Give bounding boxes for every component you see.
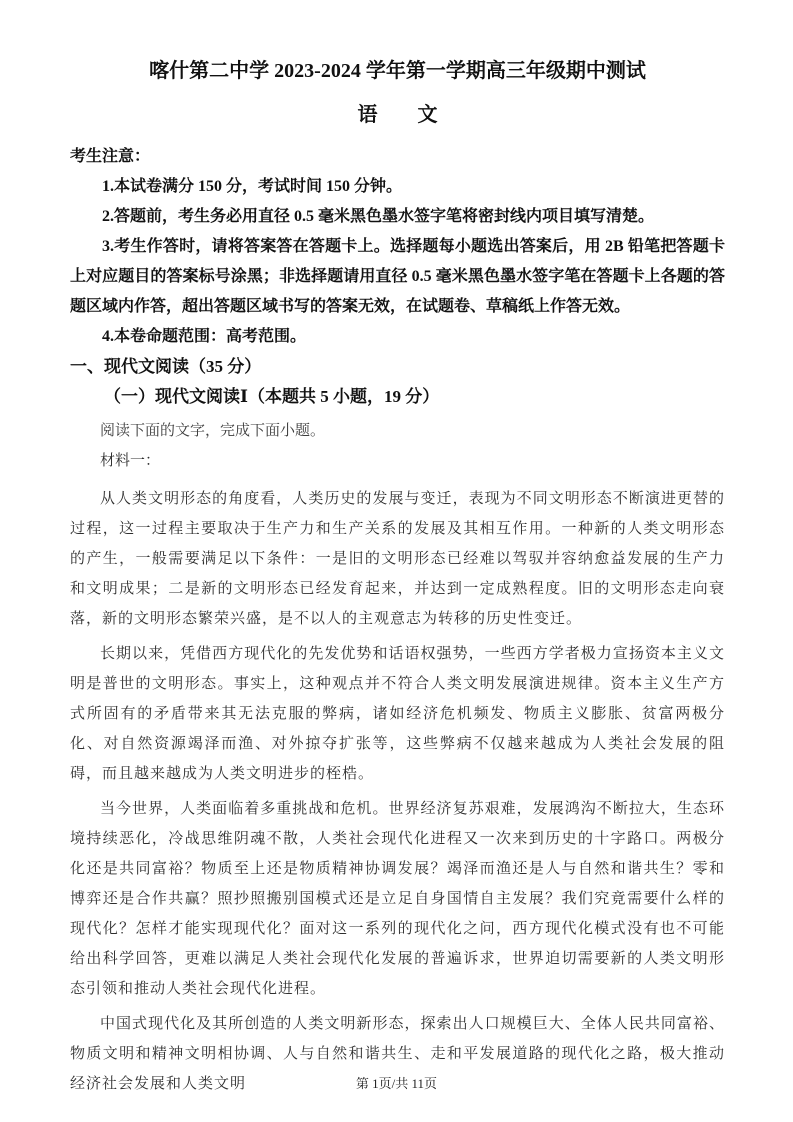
material-paragraph-2: 长期以来，凭借西方现代化的先发优势和话语权强势，一些西方学者极力宣扬资本主义文明…: [70, 639, 725, 789]
material-paragraph-1: 从人类文明形态的角度看，人类历史的发展与变迁，表现为不同文明形态不断演进更替的过…: [70, 484, 725, 634]
material-label: 材料一：: [70, 446, 725, 476]
reading-instruction: 阅读下面的文字，完成下面小题。: [70, 416, 725, 446]
notice-item-2: 2.答题前，考生务必用直径 0.5 毫米黑色墨水签字笔将密封线内项目填写清楚。: [70, 202, 725, 232]
notice-item-3: 3.考生作答时，请将答案答在答题卡上。选择题每小题选出答案后，用 2B 铅笔把答…: [70, 232, 725, 322]
page-number-footer: 第 1页/共 11页: [0, 1074, 793, 1094]
section-heading: 一、现代文阅读（35 分）: [70, 352, 725, 382]
material-paragraph-3: 当今世界，人类面临着多重挑战和危机。世界经济复苏艰难，发展鸿沟不断拉大，生态环境…: [70, 794, 725, 1004]
subsection-heading: （一）现代文阅读Ⅰ（本题共 5 小题，19 分）: [70, 382, 725, 412]
notice-item-4: 4.本卷命题范围：高考范围。: [70, 322, 725, 352]
page-title: 喀什第二中学 2023-2024 学年第一学期高三年级期中测试: [70, 56, 725, 86]
notice-heading: 考生注意：: [70, 142, 725, 172]
exam-paper-page: 喀什第二中学 2023-2024 学年第一学期高三年级期中测试 语 文 考生注意…: [0, 0, 793, 1122]
page-content: 喀什第二中学 2023-2024 学年第一学期高三年级期中测试 语 文 考生注意…: [70, 0, 725, 1099]
subject-title: 语 文: [70, 100, 725, 130]
notice-item-1: 1.本试卷满分 150 分，考试时间 150 分钟。: [70, 172, 725, 202]
